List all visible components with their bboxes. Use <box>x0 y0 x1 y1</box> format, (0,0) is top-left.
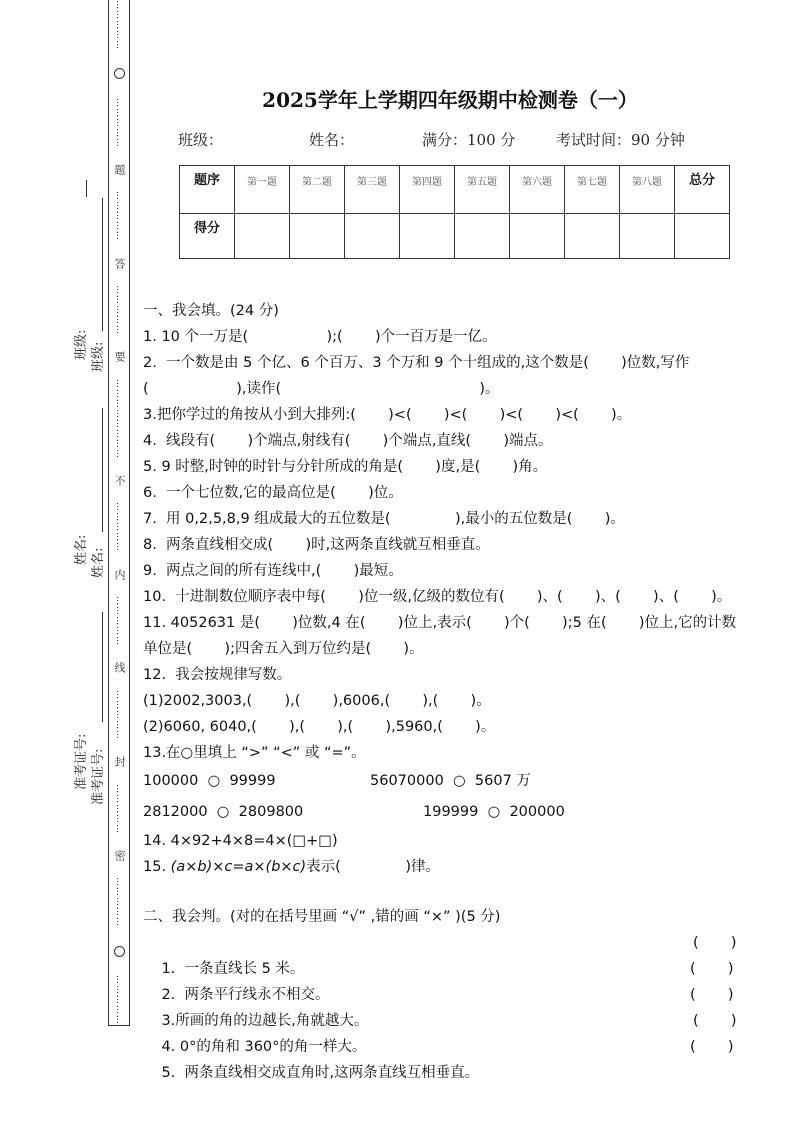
col-q6: 第六题 <box>510 166 565 214</box>
row-header-score: 得分 <box>180 214 235 259</box>
underline <box>86 180 87 197</box>
question-5: 5. 9 时整,时钟的时针与分针所成的角是( )度,是( )角。 <box>143 454 763 480</box>
question-2: 2. 一个数是由 5 个亿、6 个百万、3 个万和 9 个十组成的,这个数是( … <box>143 350 763 376</box>
judge-item-3: 3.所画的角的边越长,角就越大。 ( ) <box>143 982 763 1008</box>
score-cell-total[interactable] <box>675 214 730 259</box>
comparison-right: 199999 ○ 200000 <box>423 797 565 828</box>
strip-char-feng: 封 <box>109 756 129 767</box>
question-8: 8. 两条直线相交成( )时,这两条直线就互相垂直。 <box>143 532 763 558</box>
dotted-line: …………… <box>109 596 129 646</box>
score-cell-q3[interactable] <box>345 214 400 259</box>
question-15: 15. (a×b)×c=a×(b×c)表示( )律。 <box>143 854 763 880</box>
dotted-line: …………… <box>109 784 129 834</box>
question-13: 13.在○里填上 “>” “<” 或 “=”。 <box>143 740 763 766</box>
question-7: 7. 用 0,2,5,8,9 组成最大的五位数是( ),最小的五位数是( )。 <box>143 506 763 532</box>
dotted-line: …………… <box>109 98 129 148</box>
score-cell-q5[interactable] <box>455 214 510 259</box>
side-class-label-2: 班级: <box>87 342 106 372</box>
judge-item-5: 5. 两条直线相交成直角时,这两条直线互相垂直。 ( ) <box>143 1034 763 1060</box>
binding-strip: …………… …………… 题 …………… 答 …………… 要 …………………… 不… <box>108 0 130 1026</box>
score-cell-q6[interactable] <box>510 214 565 259</box>
q15-suffix: 表示( )律。 <box>306 859 440 875</box>
question-9: 9. 两点之间的所有连线中,( )最短。 <box>143 558 763 584</box>
col-total: 总分 <box>675 166 730 214</box>
question-11: 11. 4052631 是( )位数,4 在( )位上,表示( )个( );5 … <box>143 610 763 636</box>
dotted-line: …………… <box>109 191 129 241</box>
score-table: 题序 第一题 第二题 第三题 第四题 第五题 第六题 第七题 第八题 总分 得分 <box>179 165 730 259</box>
class-label: 班级： <box>178 129 223 150</box>
strip-char-mi: 密 <box>109 850 129 861</box>
answer-bracket[interactable]: ( ) <box>690 982 734 1008</box>
col-q8: 第八题 <box>620 166 675 214</box>
question-10: 10. 十进制数位顺序表中每( )位一级,亿级的数位有( )、( )、( )、(… <box>143 584 763 610</box>
strip-char-ti: 题 <box>109 164 129 175</box>
row-header-question: 题序 <box>180 166 235 214</box>
answer-bracket[interactable]: ( ) <box>693 1008 737 1034</box>
col-q3: 第三题 <box>345 166 400 214</box>
exam-content: 一、我会填。(24 分) 1. 10 个一万是( );( )个一百万是一亿。 2… <box>143 298 763 1060</box>
strip-char-xian: 线 <box>109 662 129 673</box>
circle-icon <box>114 68 125 79</box>
dotted-line: …………… <box>109 975 129 1025</box>
score-cell-q8[interactable] <box>620 214 675 259</box>
answer-bracket[interactable]: ( ) <box>690 956 734 982</box>
score-cell-q7[interactable] <box>565 214 620 259</box>
question-12-2: (2)6060, 6040,( ),( ),( ),5960,( )。 <box>143 714 763 740</box>
question-2-cont: ( ),读作( )。 <box>143 376 763 402</box>
judge-text: 5. 两条直线相交成直角时,这两条直线互相垂直。 <box>161 1065 479 1081</box>
strip-char-bu: 不 <box>109 475 129 486</box>
dotted-line: …………… <box>109 285 129 335</box>
comparison-row-2: 2812000 ○ 2809800 199999 ○ 200000 <box>143 797 763 828</box>
question-3: 3.把你学过的角按从小到大排列:( )<( )<( )<( )<( )。 <box>143 402 763 428</box>
page-title: 2025学年上学期四年级期中检测卷（一） <box>140 84 760 113</box>
comparison-left: 100000 ○ 99999 <box>143 766 276 797</box>
dotted-line: …………… <box>109 877 129 927</box>
dotted-line: …………… <box>109 690 129 740</box>
answer-bracket[interactable]: ( ) <box>693 930 737 956</box>
examid-underline <box>102 612 103 722</box>
side-examid-label-2: 准考证号: <box>87 749 106 805</box>
strip-char-yao: 要 <box>109 351 129 362</box>
answer-bracket[interactable]: ( ) <box>690 1034 734 1060</box>
col-q7: 第七题 <box>565 166 620 214</box>
section1-heading: 一、我会填。(24 分) <box>143 298 763 324</box>
question-11-cont: 单位是( );四舍五入到万位约是( )。 <box>143 636 763 662</box>
col-q2: 第二题 <box>290 166 345 214</box>
name-label: 姓名： <box>309 129 354 150</box>
dotted-line: …………… <box>109 0 129 50</box>
question-12: 12. 我会按规律写数。 <box>143 662 763 688</box>
comparison-left: 2812000 ○ 2809800 <box>143 797 303 828</box>
question-1: 1. 10 个一万是( );( )个一百万是一亿。 <box>143 324 763 350</box>
comparison-right: 56070000 ○ 5607 万 <box>370 766 531 797</box>
judge-item-2: 2. 两条平行线永不相交。 ( ) <box>143 956 763 982</box>
question-12-1: (1)2002,3003,( ),( ),6006,( ),( )。 <box>143 688 763 714</box>
col-q5: 第五题 <box>455 166 510 214</box>
score-cell-q1[interactable] <box>235 214 290 259</box>
side-name-label-2: 姓名: <box>87 548 106 578</box>
exam-time: 考试时间：90 分钟 <box>556 129 685 150</box>
judge-item-1: 1. 一条直线长 5 米。 ( ) <box>143 930 763 956</box>
question-14: 14. 4×92+4×8=4×(□+□) <box>143 828 763 854</box>
name-underline <box>102 408 103 532</box>
col-q4: 第四题 <box>400 166 455 214</box>
full-score: 满分：100 分 <box>422 129 515 150</box>
col-q1: 第一题 <box>235 166 290 214</box>
question-4: 4. 线段有( )个端点,射线有( )个端点,直线( )端点。 <box>143 428 763 454</box>
circle-icon <box>114 946 125 957</box>
dotted-line: …………………… <box>109 379 129 459</box>
judge-item-4: 4. 0°的角和 360°的角一样大。 ( ) <box>143 1008 763 1034</box>
strip-char-nei: 内 <box>109 569 129 580</box>
dotted-line: …………… <box>109 502 129 552</box>
strip-char-da: 答 <box>109 258 129 269</box>
score-cell-q2[interactable] <box>290 214 345 259</box>
score-cell-q4[interactable] <box>400 214 455 259</box>
q15-formula: (a×b)×c=a×(b×c) <box>171 859 307 875</box>
section2-heading: 二、我会判。(对的在括号里画 “√” ,错的画 “×” )(5 分) <box>143 904 763 930</box>
comparison-row-1: 100000 ○ 99999 56070000 ○ 5607 万 <box>143 766 763 797</box>
class-underline <box>102 198 103 331</box>
question-6: 6. 一个七位数,它的最高位是( )位。 <box>143 480 763 506</box>
